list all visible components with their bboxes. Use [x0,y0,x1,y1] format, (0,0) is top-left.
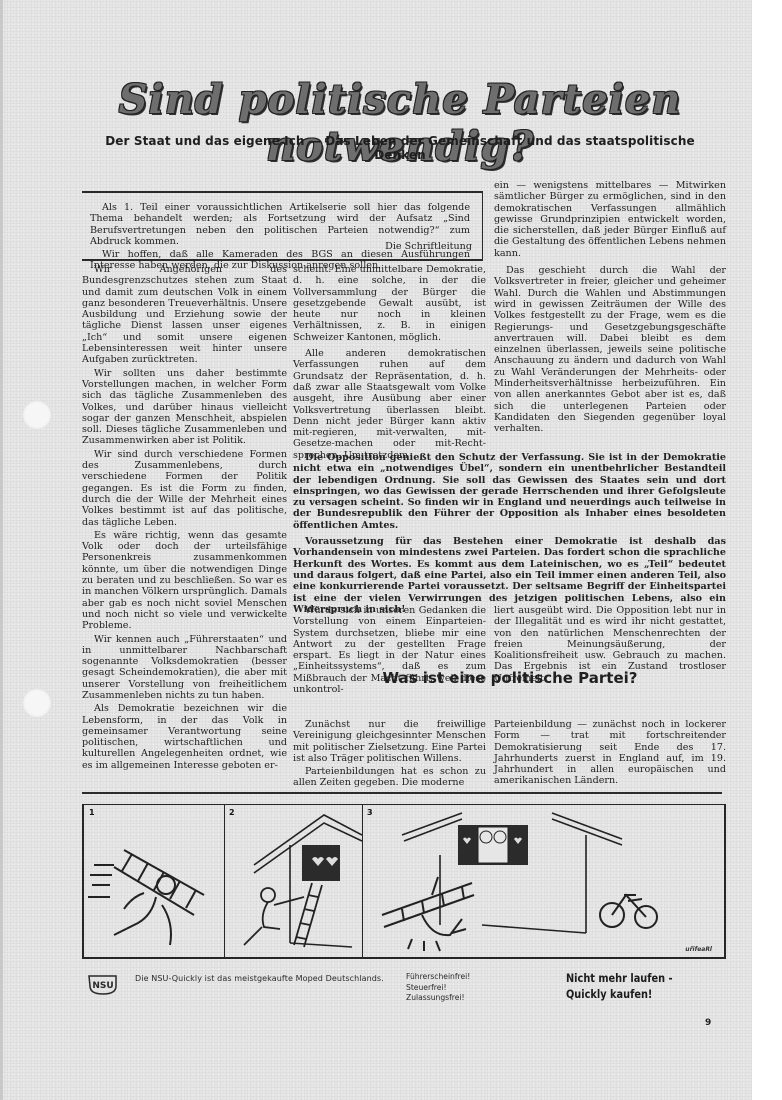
column-left: Wir Angehörigen des Bundesgrenzschutzes … [82,264,287,771]
paragraph: ein — wenigstens mittelbares — Mitwirken… [494,180,726,259]
paragraph: Wir sollten uns daher bestimmte Vorstell… [82,368,287,447]
newspaper-page: Sind politische Parteien notwendig? Der … [0,0,753,1100]
running-man-with-ladder-illustration [84,805,224,957]
paragraph: Wir sind durch verschiedene Formen des Z… [82,449,287,528]
feature-item: Steuerfrei! [406,983,470,994]
svg-text:NSU: NSU [92,981,113,991]
nsu-logo-icon: NSU [86,972,120,996]
comic-panel-3: 3 [362,805,720,957]
punch-hole [22,400,52,430]
comic-panel-2: 2 [224,805,363,957]
advertisement-text: Die NSU-Quickly ist das meistgekaufte Mo… [135,974,384,983]
editorial-note: Als 1. Teil einer voraussichtlichen Arti… [90,202,470,272]
editorial-signature: Die Schriftleitung [90,241,472,252]
page-edge [0,0,3,1100]
section-divider [82,792,722,794]
opposition-bold-block: Die Opposition genießt den Schutz der Ve… [293,452,726,615]
page-number: 9 [705,1018,711,1028]
column-right-top: ein — wenigstens mittelbares — Mitwirken… [494,180,726,435]
advertisement-slogan: Nicht mehr laufen - Quickly kaufen! [566,970,673,1002]
section-heading: Was ist eine politische Partei? [290,669,730,687]
climbing-ladder-illustration [224,805,362,957]
paragraph: Die Opposition genießt den Schutz der Ve… [293,452,726,531]
paragraph: Voraussetzung für das Bestehen einer Dem… [293,536,726,615]
falling-man-couple-moped-illustration [362,805,720,957]
slogan-line: Quickly kaufen! [566,986,673,1002]
column-middle-3: Zunächst nur die freiwillige Vereinigung… [293,719,486,789]
paragraph: Zunächst nur die freiwillige Vereinigung… [293,719,486,764]
column-middle-top: scheint. Eine unmittelbare Demokratie, d… [293,264,486,461]
artist-signature: uřifeaRl [685,946,712,953]
paragraph: Als Demokratie bezeichnen wir die Lebens… [82,703,287,771]
comic-panel-1: 1 [84,805,225,957]
advertisement-features: Führerscheinfrei! Steuerfrei! Zulassungs… [406,972,470,1004]
column-right-3: Parteienbildung — zunächst noch in locke… [494,719,726,787]
paragraph: Parteienbildungen hat es schon zu allen … [293,766,486,789]
feature-item: Führerscheinfrei! [406,972,470,983]
paragraph: Alle anderen demokratischen Verfassungen… [293,348,486,461]
punch-hole [22,688,52,718]
article-subtitle: Der Staat und das eigene Ich — Das Leben… [80,134,720,162]
paragraph: Parteienbildung — zunächst noch in locke… [494,719,726,787]
paragraph: Wir kennen auch „Führerstaaten“ und in u… [82,634,287,702]
paragraph: Wir Angehörigen des Bundesgrenzschutzes … [82,264,287,366]
paragraph: Es wäre richtig, wenn das gesamte Volk o… [82,530,287,632]
paragraph: scheint. Eine unmittelbare Demokratie, d… [293,264,486,343]
feature-item: Zulassungsfrei! [406,993,470,1004]
comic-strip: 1 2 [82,804,726,959]
slogan-line: Nicht mehr laufen - [566,970,673,986]
paragraph: Das geschieht durch die Wahl der Volksve… [494,265,726,434]
scan-margin [752,0,782,1100]
